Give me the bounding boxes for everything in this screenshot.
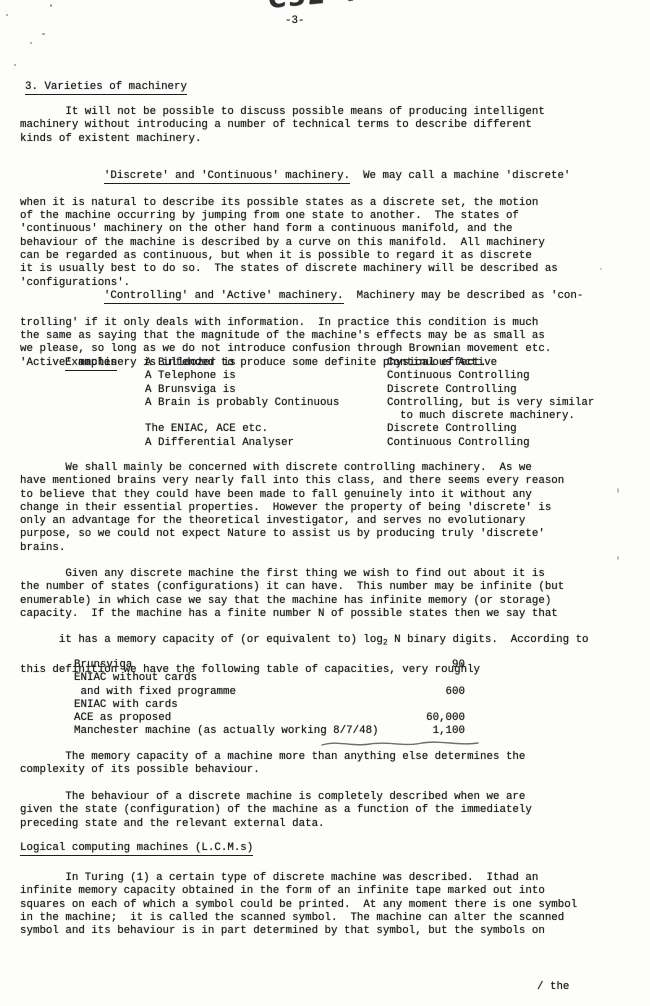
text-line-log2: it has a memory capacity of (or equivale…: [20, 621, 589, 663]
text-line: the number of states (configurations) it…: [20, 581, 589, 594]
paragraph-behaviour: The behaviour of a discrete machine is c…: [20, 791, 532, 831]
text-line: we please, so long as we do not introduc…: [20, 343, 583, 356]
handwritten-reference: C32-444: [268, 0, 398, 6]
text-line: change in their essential properties. Ho…: [20, 502, 564, 515]
inline-heading-controlling: 'Controlling' and 'Active' machinery.: [104, 290, 344, 304]
text-line: Controlling, but is very similar: [387, 397, 594, 410]
scan-speck: [14, 64, 16, 66]
capacity-value: 600: [390, 686, 465, 699]
handdrawn-underline: [320, 737, 480, 749]
example-row: The ENIAC, ACE etc. Discrete Controlling: [145, 423, 594, 436]
text-line: of the machine occurring by jumping from…: [20, 210, 570, 223]
text-run: N binary digits. According to: [388, 634, 589, 646]
scan-speck: [617, 556, 619, 560]
scan-speck: [30, 42, 32, 44]
capacities-table: Brunsviga 90 ENIAC without cards and wit…: [20, 659, 500, 739]
scan-speck: [600, 268, 602, 270]
document-page: C32-444 -3- 3. Varieties of machinery It…: [0, 0, 650, 1006]
text-line: to much discrete machinery.: [387, 410, 594, 423]
example-item: A Brunsviga is: [145, 384, 387, 397]
text-run: Machinery may be described as 'con-: [344, 290, 584, 302]
text-line: can be regarded as continuous, but when …: [20, 250, 570, 263]
text-line: The behaviour of a discrete machine is c…: [20, 791, 532, 804]
scan-speck: [42, 33, 45, 35]
example-classification: Continuous Active: [387, 357, 497, 370]
scan-speck: [6, 14, 8, 16]
text-line: 'continuous' machinery on the other hand…: [20, 223, 570, 236]
text-line: enumerable) in which case we say that th…: [20, 595, 589, 608]
example-item: A Differential Analyser: [145, 437, 387, 450]
example-row: A Bulldozer is Continuous Active: [145, 357, 594, 370]
text-line: capacity. If the machine has a finite nu…: [20, 608, 589, 621]
paragraph-intro: It will not be possible to discuss possi…: [20, 106, 545, 146]
example-row: A Telephone is Continuous Controlling: [145, 370, 594, 383]
capacity-value: 90: [390, 659, 465, 672]
capacity-label: and with fixed programme: [74, 686, 236, 699]
example-item: A Brain is probably Continuous: [145, 397, 387, 424]
capacity-row: Brunsviga 90: [20, 659, 500, 672]
capacity-row: ENIAC without cards: [20, 672, 500, 685]
text-line: it is usually best to do so. The states …: [20, 263, 570, 276]
inline-heading-discrete: 'Discrete' and 'Continuous' machinery.: [104, 170, 350, 184]
text-line: behaviour of the machine is described by…: [20, 237, 570, 250]
text-line: Given any discrete machine the first thi…: [20, 568, 589, 581]
capacity-row: ENIAC with cards: [20, 699, 500, 712]
capacity-row: and with fixed programme 600: [20, 686, 500, 699]
examples-label: Examples: [65, 357, 117, 370]
text-line: trolling' if it only deals with informat…: [20, 317, 583, 330]
page-number: -3-: [285, 15, 304, 28]
example-row: A Brain is probably Continuous Controlli…: [145, 397, 594, 424]
paragraph-discrete-continuous: 'Discrete' and 'Continuous' machinery. W…: [20, 157, 570, 290]
example-classification: Discrete Controlling: [387, 423, 517, 436]
text-line: Discrete Controlling: [387, 423, 517, 436]
example-classification: Controlling, but is very similar to much…: [387, 397, 594, 424]
text-line: It will not be possible to discuss possi…: [20, 106, 545, 119]
example-classification: Discrete Controlling: [387, 384, 517, 397]
text-line: Continuous Active: [387, 357, 497, 370]
text-line: symbol and its behaviour is in part dete…: [20, 925, 577, 938]
text-line: to believe that they could have been mad…: [20, 489, 564, 502]
capacity-value: 60,000: [390, 712, 465, 725]
example-row: A Differential Analyser Continuous Contr…: [145, 437, 594, 450]
text-line: 'Discrete' and 'Continuous' machinery. W…: [20, 157, 570, 197]
text-line: We shall mainly be concerned with discre…: [20, 462, 564, 475]
example-classification: Continuous Controlling: [387, 437, 530, 450]
text-line: squares on each of which a symbol could …: [20, 899, 577, 912]
example-classification: Continuous Controlling: [387, 370, 530, 383]
paragraph-body: Given any discrete machine the first thi…: [20, 568, 589, 621]
catchword: / the: [537, 981, 569, 994]
capacity-label: ACE as proposed: [74, 712, 171, 725]
scan-speck: [617, 488, 619, 493]
scan-speck: [50, 4, 52, 7]
text-line: when it is natural to describe its possi…: [20, 197, 570, 210]
examples-table: A Bulldozer is Continuous Active A Telep…: [145, 357, 594, 450]
text-line: Continuous Controlling: [387, 437, 530, 450]
text-line: kinds of existent machinery.: [20, 133, 545, 146]
example-item: The ENIAC, ACE etc.: [145, 423, 387, 436]
text-line: brains.: [20, 542, 564, 555]
capacity-row: ACE as proposed 60,000: [20, 712, 500, 725]
text-line: infinite memory capacity obtained in the…: [20, 885, 577, 898]
text-line: Discrete Controlling: [387, 384, 517, 397]
capacity-label: Brunsviga: [74, 659, 132, 672]
paragraph-turing: In Turing (1) a certain type of discrete…: [20, 872, 577, 938]
text-line: machinery without introducing a number o…: [20, 119, 545, 132]
section-heading-varieties: 3. Varieties of machinery: [25, 81, 187, 94]
text-line: The memory capacity of a machine more th…: [20, 751, 525, 764]
text-line: Continuous Controlling: [387, 370, 530, 383]
text-line: in the machine; it is called the scanned…: [20, 912, 577, 925]
example-item: A Bulldozer is: [145, 357, 387, 370]
paragraph-body: when it is natural to describe its possi…: [20, 197, 570, 290]
paragraph-memory: The memory capacity of a machine more th…: [20, 751, 525, 778]
section-heading-lcm: Logical computing machines (L.C.M.s): [20, 842, 253, 855]
text-run: it has a memory capacity of (or equivale…: [59, 634, 383, 646]
text-line: have mentioned brains very nearly fall i…: [20, 475, 564, 488]
example-item: A Telephone is: [145, 370, 387, 383]
text-line: purpose, so we could not expect Nature t…: [20, 528, 564, 541]
text-line: the same as saying that the magnitude of…: [20, 330, 583, 343]
capacity-label: ENIAC without cards: [74, 672, 197, 685]
text-line: 'Controlling' and 'Active' machinery. Ma…: [20, 277, 583, 317]
text-line: complexity of its possible behaviour.: [20, 764, 525, 777]
text-line: only an advantage for the theoretical in…: [20, 515, 564, 528]
text-line: In Turing (1) a certain type of discrete…: [20, 872, 577, 885]
text-run: We may call a machine 'discrete': [350, 170, 570, 182]
paragraph-concerned: We shall mainly be concerned with discre…: [20, 462, 564, 555]
capacity-label: ENIAC with cards: [74, 699, 178, 712]
text-line: preceding state and the relevant externa…: [20, 818, 532, 831]
text-line: given the state (configuration) of the m…: [20, 804, 532, 817]
example-row: A Brunsviga is Discrete Controlling: [145, 384, 594, 397]
